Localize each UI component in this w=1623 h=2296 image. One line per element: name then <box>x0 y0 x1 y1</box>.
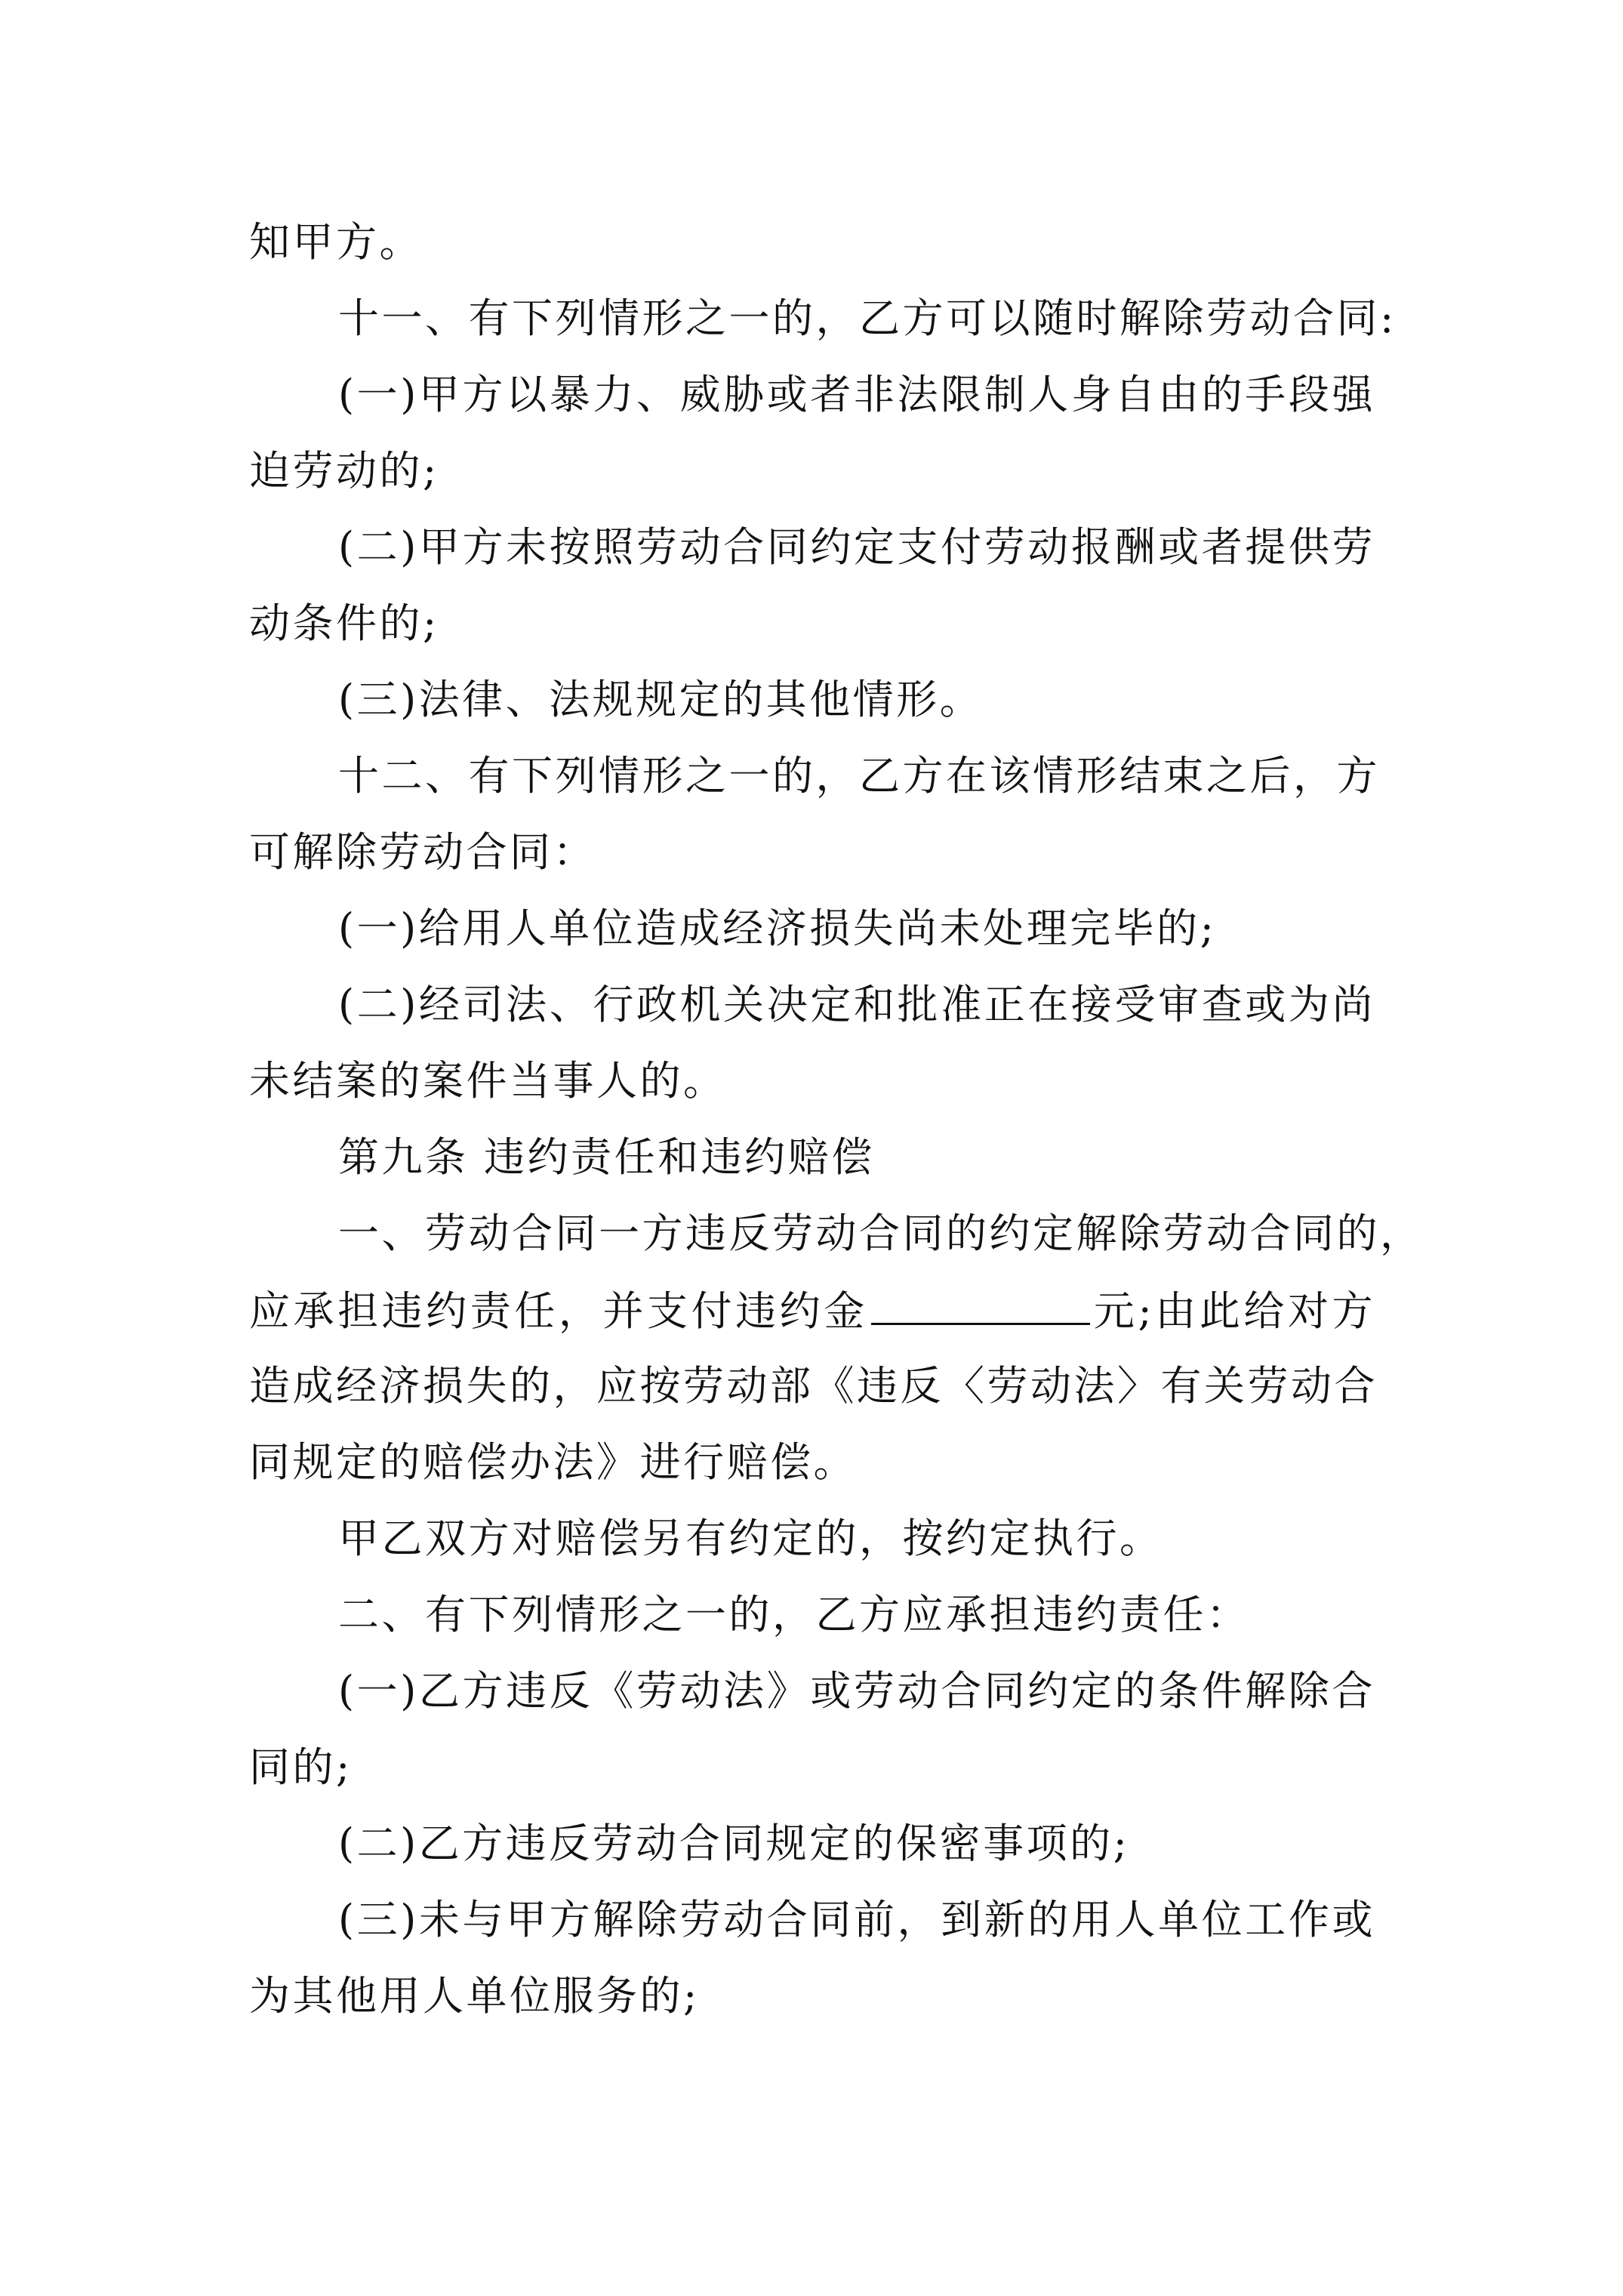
text-segment: 应承担违约责任，并支付违约金 <box>249 1287 868 1335</box>
list-item: (二)经司法、行政机关决定和批准正在接受审查或为尚 <box>338 978 1375 1031</box>
list-item: (一)甲方以暴力、威胁或者非法限制人身自由的手段强 <box>338 368 1375 421</box>
text-line: 迫劳动的; <box>249 445 439 498</box>
clause-heading: 二、有下列情形之一的，乙方应承担违约责任： <box>338 1589 1250 1641</box>
text-line: 同的; <box>249 1741 353 1794</box>
text-line: 动条件的; <box>249 597 439 650</box>
penalty-amount-blank[interactable] <box>871 1284 1090 1325</box>
text-line: 为其他用人单位服务的; <box>249 1970 700 2023</box>
list-item: (一)乙方违反《劳动法》或劳动合同约定的条件解除合 <box>338 1665 1375 1718</box>
list-item: (一)给用人单位造成经济损失尚未处理完毕的; <box>338 902 1216 955</box>
document-page: 知甲方。 十一、有下列情形之一的，乙方可以随时解除劳动合同: (一)甲方以暴力、… <box>0 0 1623 2296</box>
clause-heading: 十一、有下列情形之一的，乙方可以随时解除劳动合同: <box>338 292 1375 345</box>
clause-heading: 十二、有下列情形之一的，乙方在该情形结束之后，方 <box>338 750 1375 803</box>
text-line: 可解除劳动合同： <box>249 826 596 879</box>
list-item: (三)法律、法规规定的其他情形。 <box>338 673 983 726</box>
list-item: (二)乙方违反劳动合同规定的保密事项的; <box>338 1817 1129 1870</box>
text-line: 未结案的案件当事人的。 <box>249 1055 727 1108</box>
clause-heading: 一、劳动合同一方违反劳动合同的约定解除劳动合同的， <box>338 1207 1375 1260</box>
text-line: 造成经济损失的，应按劳动部《违反〈劳动法〉有关劳动合 <box>249 1360 1375 1413</box>
list-item: (二)甲方未按照劳动合同约定支付劳动报酬或者提供劳 <box>338 521 1375 574</box>
penalty-line: 应承担违约责任，并支付违约金元;由此给对方 <box>249 1284 1375 1336</box>
text-line: 同规定的赔偿办法》进行赔偿。 <box>249 1436 857 1489</box>
text-segment: 元;由此给对方 <box>1093 1287 1375 1335</box>
text-line: 甲乙双方对赔偿另有约定的，按约定执行。 <box>338 1512 1163 1565</box>
article-heading: 第九条 违约责任和违约赔偿 <box>338 1131 875 1184</box>
list-item: (三)未与甲方解除劳动合同前，到新的用人单位工作或 <box>338 1894 1375 1946</box>
text-line: 知甲方。 <box>249 216 423 269</box>
